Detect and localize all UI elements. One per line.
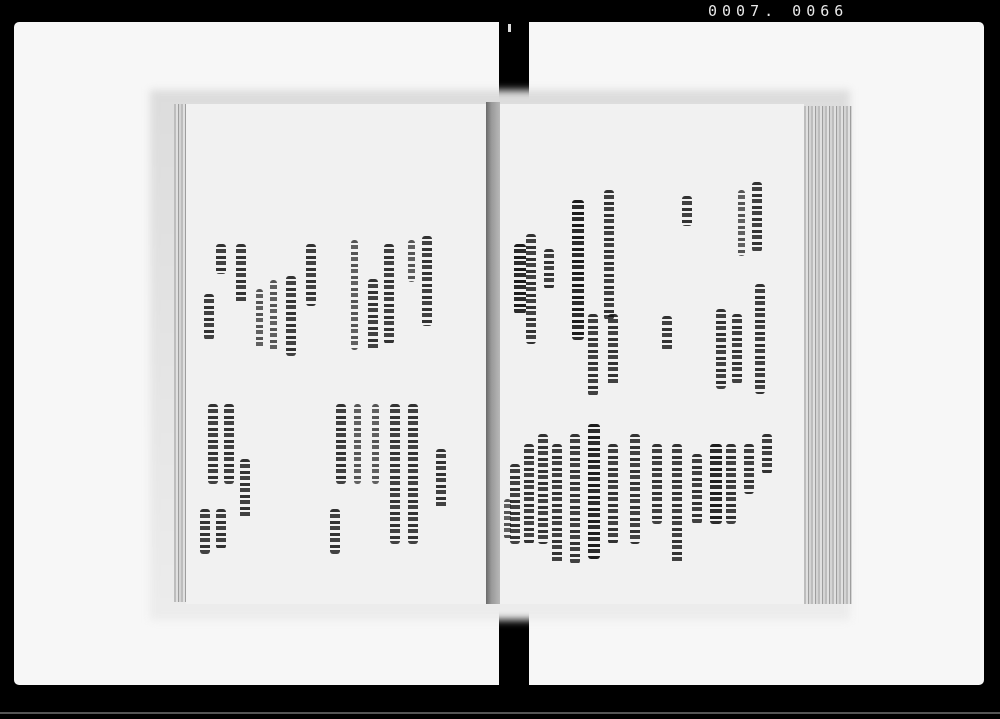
handwritten-column: [662, 316, 672, 351]
handwritten-column: [514, 244, 526, 314]
handwritten-column: [608, 444, 618, 544]
handwritten-column: [236, 244, 246, 304]
handwritten-column: [738, 190, 745, 256]
handwritten-column: [524, 444, 534, 544]
handwritten-column: [240, 459, 250, 519]
handwritten-column: [200, 509, 210, 554]
handwritten-column: [744, 444, 754, 494]
handwritten-column: [306, 244, 316, 306]
handwritten-column: [336, 404, 346, 484]
handwritten-column: [408, 404, 418, 544]
handwritten-column: [672, 444, 682, 564]
handwritten-column: [510, 464, 520, 544]
handwritten-column: [710, 444, 722, 524]
handwritten-column: [286, 276, 296, 356]
handwritten-column: [354, 404, 361, 484]
handwritten-column: [216, 509, 226, 549]
handwritten-column: [526, 234, 536, 344]
handwritten-column: [552, 444, 562, 564]
handwritten-column: [422, 236, 432, 326]
handwritten-column: [538, 434, 548, 544]
handwritten-column: [588, 314, 598, 396]
handwritten-column: [604, 190, 614, 320]
film-bottom-strip: [0, 712, 1000, 714]
handwritten-column: [544, 249, 554, 289]
handwritten-column: [330, 509, 340, 554]
handwritten-column: [270, 280, 277, 352]
handwritten-column: [755, 284, 765, 394]
handwritten-column: [572, 200, 584, 340]
gutter: [486, 102, 500, 604]
spine-mark: [508, 24, 511, 32]
handwritten-column: [692, 454, 702, 524]
handwritten-column: [504, 499, 511, 539]
handwritten-column: [372, 404, 379, 484]
handwritten-column: [256, 289, 263, 349]
handwritten-column: [726, 444, 736, 524]
handwritten-column: [384, 244, 394, 344]
handwritten-column: [752, 182, 762, 252]
handwritten-column: [208, 404, 218, 484]
handwritten-column: [682, 196, 692, 226]
handwritten-column: [204, 294, 214, 340]
handwritten-column: [588, 424, 600, 559]
handwritten-column: [762, 434, 772, 474]
handwritten-column: [732, 314, 742, 384]
handwritten-column: [716, 309, 726, 389]
left-page: [186, 104, 486, 604]
handwritten-column: [390, 404, 400, 544]
film-frame-number: 0007. 0066: [708, 2, 848, 20]
handwritten-column: [408, 240, 415, 282]
handwritten-column: [216, 244, 226, 274]
handwritten-column: [630, 434, 640, 544]
handwritten-column: [436, 449, 446, 509]
right-page: [500, 104, 804, 604]
handwritten-column: [570, 434, 580, 564]
handwritten-column: [351, 240, 358, 350]
handwritten-column: [224, 404, 234, 484]
handwritten-column: [608, 314, 618, 386]
right-page-edge: [804, 106, 852, 604]
handwritten-column: [368, 279, 378, 351]
handwritten-column: [652, 444, 662, 524]
